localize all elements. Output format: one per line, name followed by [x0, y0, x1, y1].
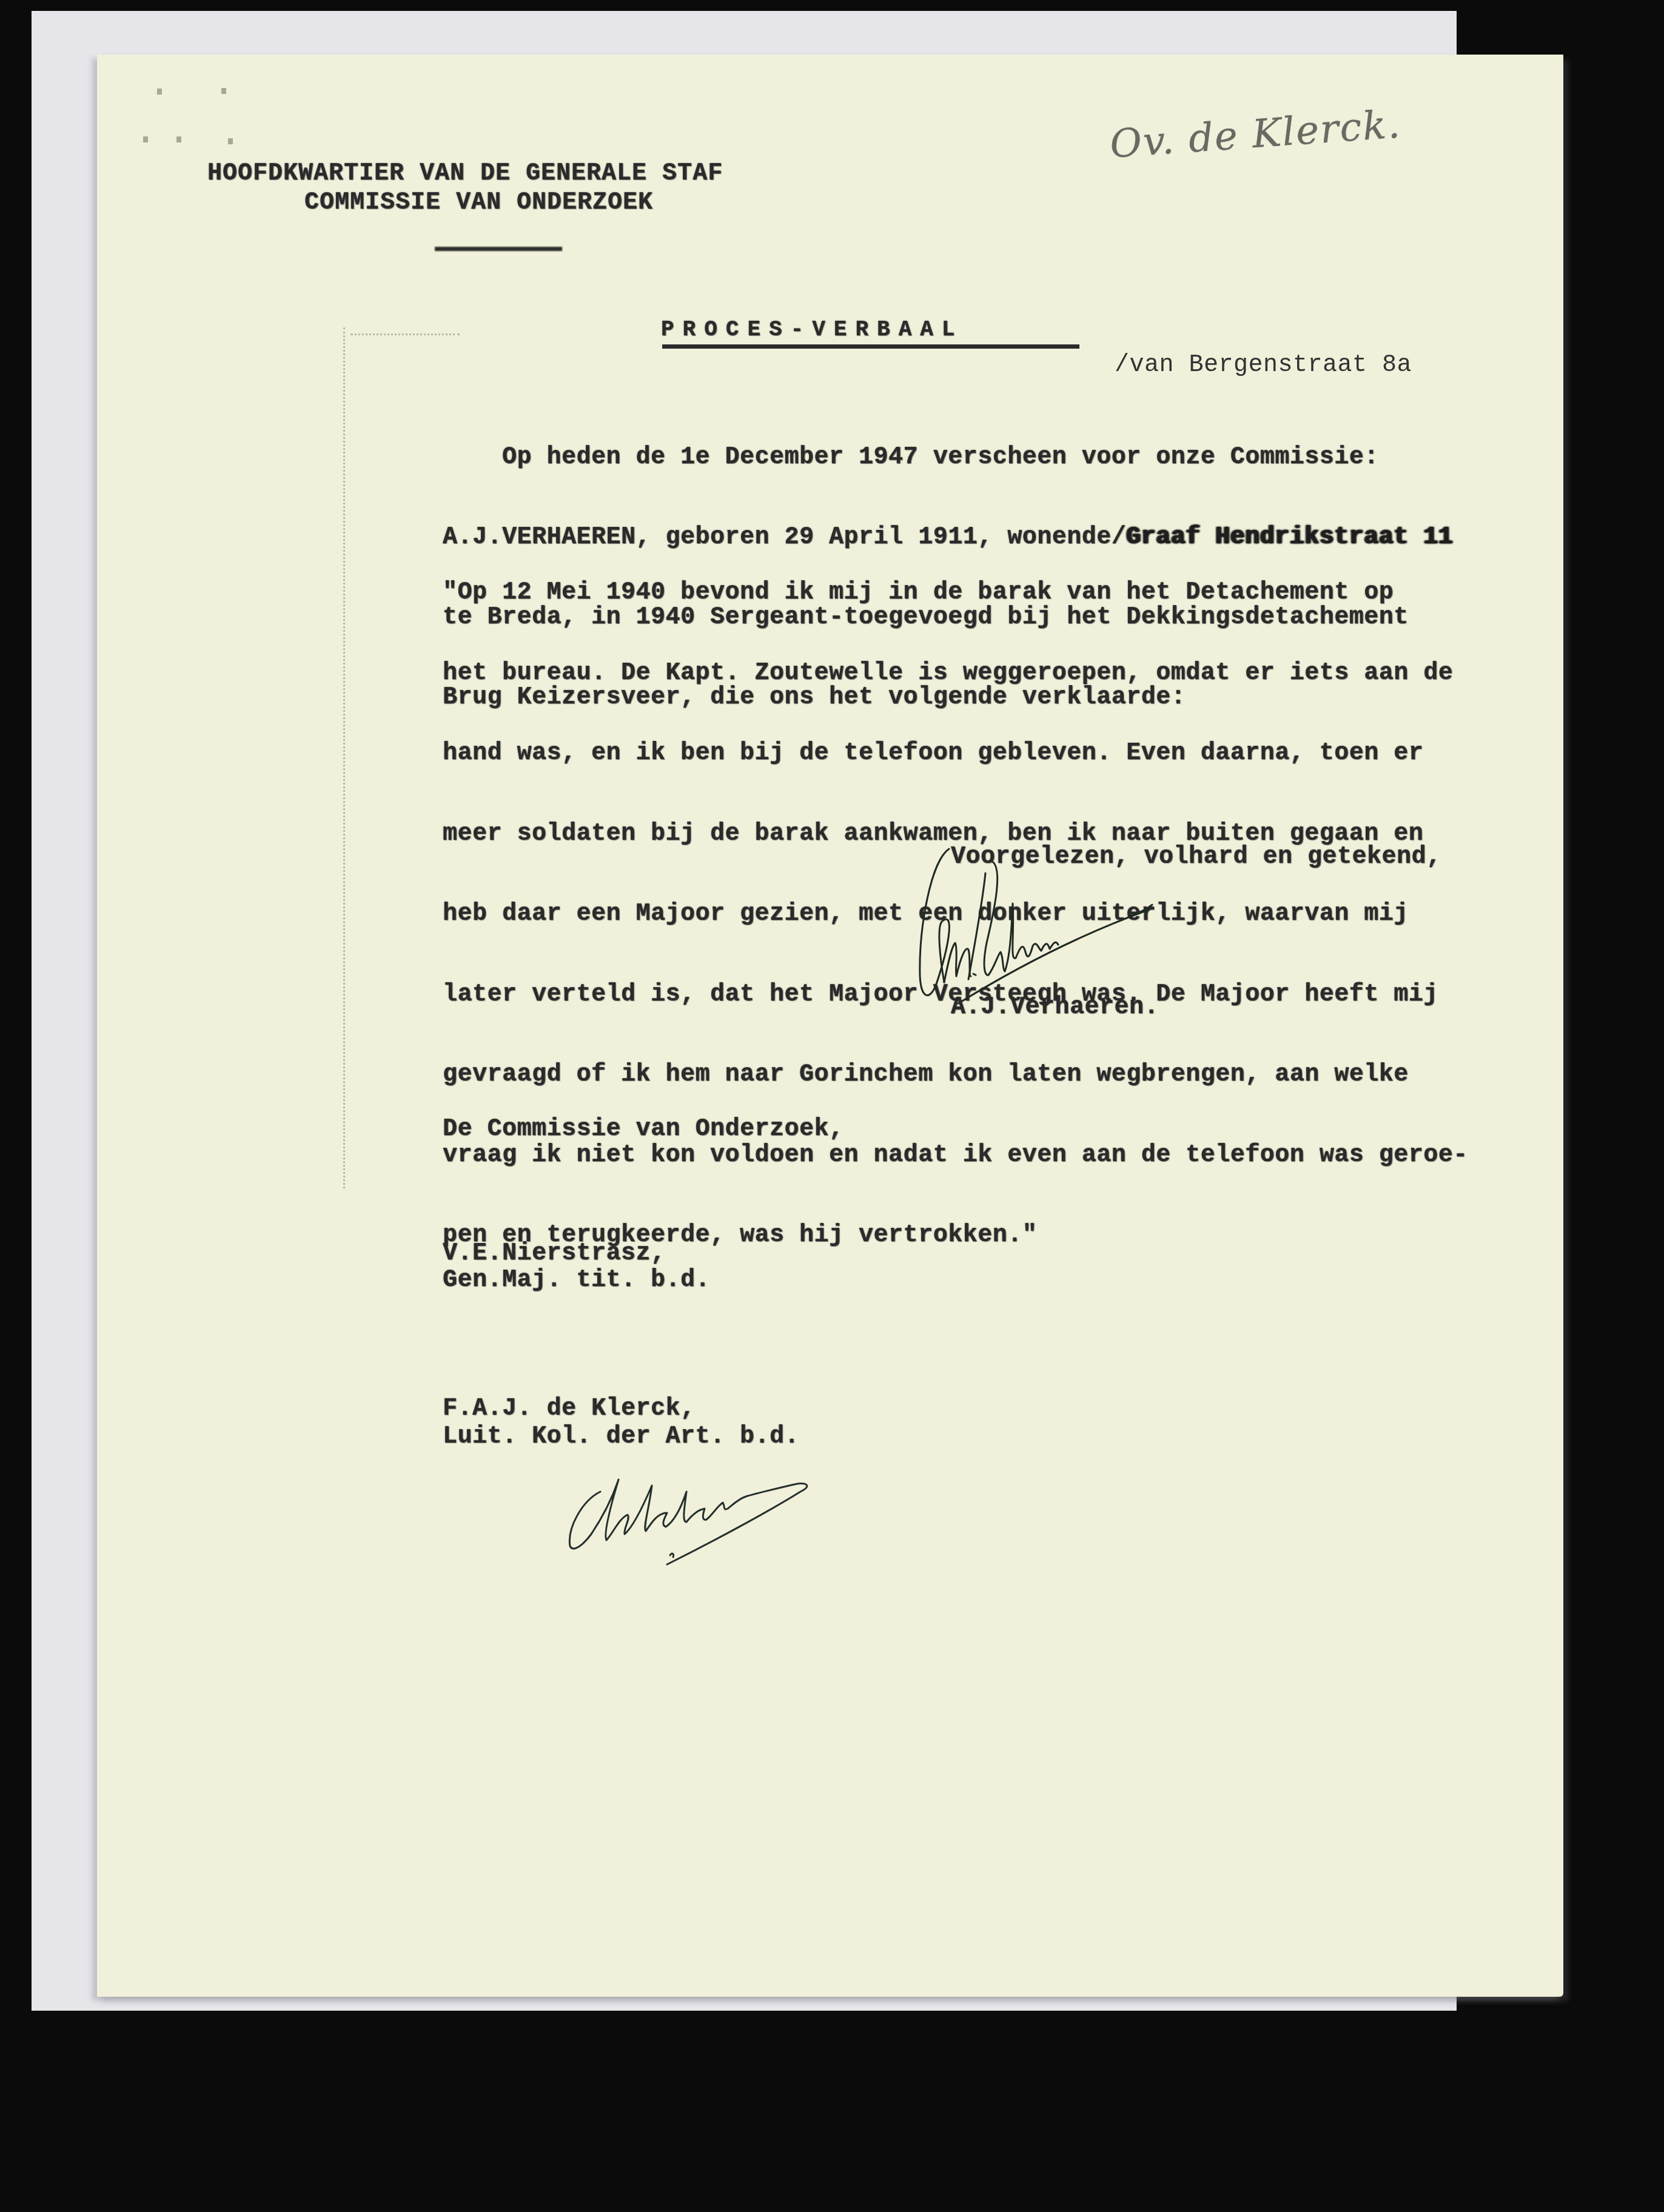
member-2-name: F.A.J. de Klerck,	[443, 1396, 696, 1423]
margin-guide-vertical	[343, 327, 347, 1188]
commission-heading: De Commissie van Onderzoek,	[443, 1116, 844, 1143]
letterhead-line-2: COMMISSIE VAN ONDERZOEK	[304, 190, 653, 216]
margin-guide-horizontal	[351, 333, 460, 337]
document-title: PROCES-VERBAAL	[661, 317, 963, 343]
intro-line: Op heden de 1e December 1947 verscheen v…	[443, 444, 1453, 471]
member-1-name: V.E.Nierstrasz,	[443, 1241, 666, 1267]
statement-line: vraag ik niet kon voldoen en nadat ik ev…	[443, 1142, 1468, 1170]
statement-line: gevraagd of ik hem naar Gorinchem kon la…	[443, 1062, 1468, 1089]
statement-line: "Op 12 Mei 1940 bevond ik mij in de bara…	[443, 580, 1468, 607]
statement-line: hand was, en ik ben bij de telefoon gebl…	[443, 740, 1468, 768]
member-1-rank: Gen.Maj. tit. b.d.	[443, 1267, 710, 1294]
declarant-typed-name: A.J.Verhaeren.	[951, 994, 1159, 1021]
letterhead-line-1: HOOFDKWARTIER VAN DE GENERALE STAF	[207, 161, 723, 187]
de-klerck-signature	[546, 1443, 837, 1577]
title-underline	[662, 344, 1079, 349]
address-correction: /van Bergenstraat 8a	[1115, 352, 1412, 379]
letterhead-rule	[435, 247, 562, 251]
statement-line: het bureau. De Kapt. Zoutewelle is wegge…	[443, 660, 1468, 688]
verhaeren-signature	[913, 837, 1228, 1019]
